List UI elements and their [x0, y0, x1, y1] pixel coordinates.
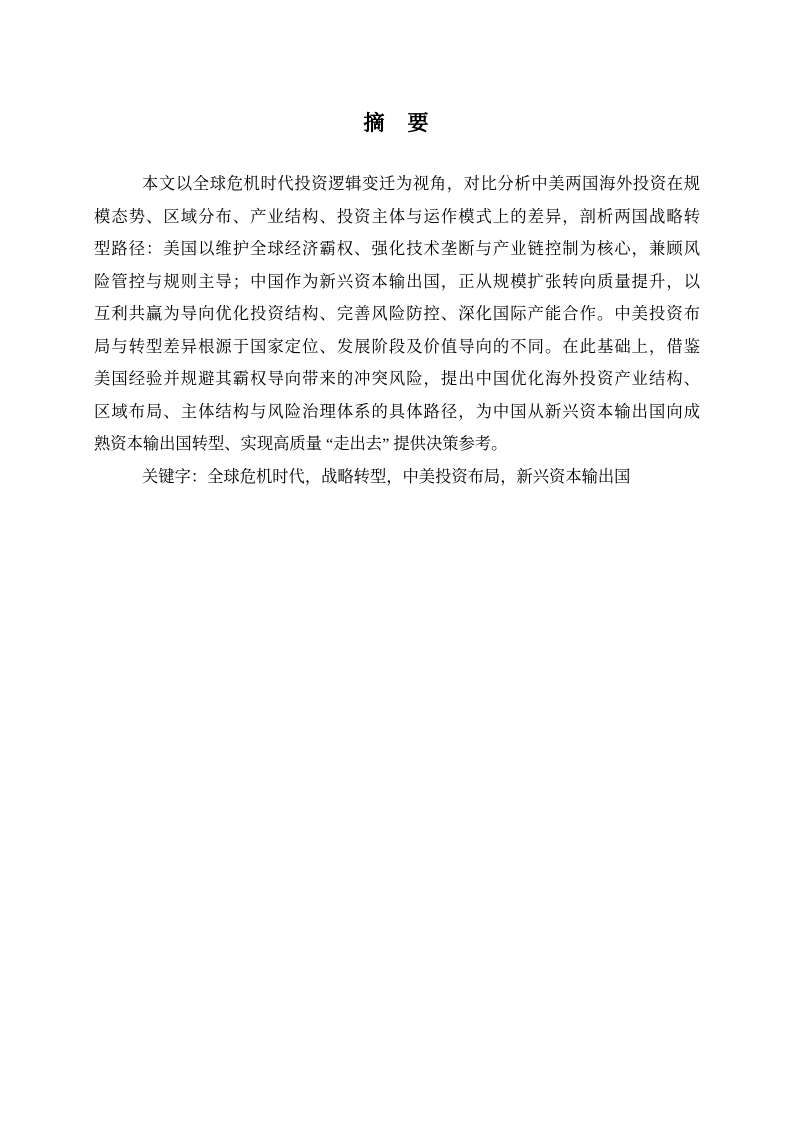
document-page: 摘 要 本文以全球危机时代投资逻辑变迁为视角，对比分析中美两国海外投资在规 模态…: [0, 0, 793, 1122]
abstract-line: 模态势、区域分布、产业结构、投资主体与运作模式上的差异，剖析两国战略转: [94, 201, 700, 234]
abstract-line: 美国经验并规避其霸权导向带来的冲突风险，提出中国优化海外投资产业结构、: [94, 363, 700, 396]
abstract-line: 局与转型差异根源于国家定位、发展阶段及价值导向的不同。在此基础上，借鉴: [94, 331, 700, 364]
abstract-line: 互利共赢为导向优化投资结构、完善风险防控、深化国际产能合作。中美投资布: [94, 298, 700, 331]
keywords-line: 关键字：全球危机时代，战略转型，中美投资布局，新兴资本输出国: [94, 461, 700, 494]
abstract-body: 本文以全球危机时代投资逻辑变迁为视角，对比分析中美两国海外投资在规 模态势、区域…: [94, 168, 700, 493]
abstract-line: 险管控与规则主导；中国作为新兴资本输出国，正从规模扩张转向质量提升，以: [94, 266, 700, 299]
abstract-line: 熟资本输出国转型、实现高质量 “走出去” 提供决策参考。: [94, 428, 700, 461]
abstract-line: 区域布局、主体结构与风险治理体系的具体路径，为中国从新兴资本输出国向成: [94, 396, 700, 429]
abstract-line: 本文以全球危机时代投资逻辑变迁为视角，对比分析中美两国海外投资在规: [94, 168, 700, 201]
abstract-line: 型路径：美国以维护全球经济霸权、强化技术垄断与产业链控制为核心，兼顾风: [94, 233, 700, 266]
abstract-title: 摘 要: [0, 109, 793, 137]
